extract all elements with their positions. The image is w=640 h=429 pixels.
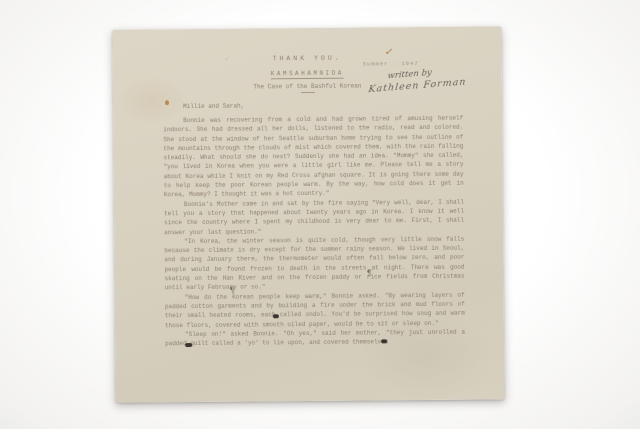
- manuscript-page: THANK YOU. KAMSAHAMNIDA The Case of the …: [112, 26, 504, 402]
- letter-paragraph: "In Korea, the winter season is quite co…: [164, 235, 464, 293]
- typed-date: Summer - 1947: [363, 60, 419, 67]
- letter-body: Millie and Sarah, Bonnie was recovering …: [163, 100, 465, 349]
- photo-of-manuscript: THANK YOU. KAMSAHAMNIDA The Case of the …: [0, 0, 640, 429]
- letter-paragraph: Bonnie's Mother came in and sat by the f…: [164, 197, 464, 237]
- letter-paragraph: Bonnie was recovering from a cold and ha…: [163, 114, 464, 200]
- title-underline-rule: [300, 92, 314, 93]
- page-title-korean: KAMSAHAMNIDA: [271, 70, 344, 80]
- letter-paragraph: "Sleep on!" asked Bonnie. "Oh yes," said…: [165, 327, 465, 348]
- letter-paragraph: "How do the Korean people keep warm," Bo…: [165, 290, 465, 330]
- letter-salutation: Millie and Sarah,: [163, 100, 463, 112]
